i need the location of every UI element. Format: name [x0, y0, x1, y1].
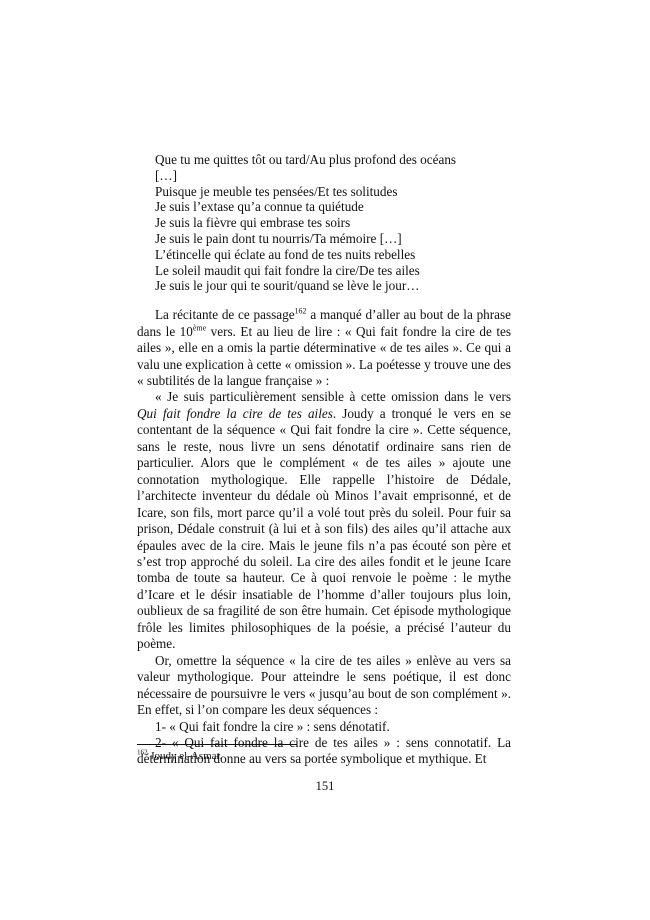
paragraph-quote-poetess: « Je suis particulièrement sensible à ce… — [137, 389, 511, 652]
poem-excerpt: Que tu me quittes tôt ou tard/Au plus pr… — [155, 152, 511, 294]
poem-line: Je suis la fièvre qui embrase tes soirs — [155, 215, 511, 231]
footnote-separator — [137, 744, 297, 745]
footnote: 162 Joudy el-Asmar. — [137, 749, 222, 763]
poem-line: Puisque je meuble tes pensées/Et tes sol… — [155, 184, 511, 200]
page-content: Que tu me quittes tôt ou tard/Au plus pr… — [137, 152, 511, 768]
poem-line: Je suis le jour qui te sourit/quand se l… — [155, 278, 511, 294]
footnote-number: 162 — [137, 748, 148, 756]
ordinal-superscript: ème — [193, 323, 206, 332]
body-text: La récitante de ce passage162 a manqué d… — [137, 307, 511, 768]
poem-line: Je suis l’extase qu’a connue ta quiétude — [155, 199, 511, 215]
poem-line: L’étincelle qui éclate au fond de tes nu… — [155, 247, 511, 263]
paragraph-recitante: La récitante de ce passage162 a manqué d… — [137, 307, 511, 389]
poem-line: Je suis le pain dont tu nourris/Ta mémoi… — [155, 231, 511, 247]
list-item-denotative: 1- « Qui fait fondre la cire » : sens dé… — [137, 719, 511, 735]
page-number: 151 — [0, 779, 650, 794]
text-run: La récitante de ce passage — [155, 307, 295, 322]
paragraph-omission: Or, omettre la séquence « la cire de tes… — [137, 653, 511, 719]
poem-line: […] — [155, 168, 511, 184]
text-run: . Joudy a tronqué le vers en se contenta… — [137, 406, 511, 651]
footnote-reference[interactable]: 162 — [295, 307, 307, 316]
poem-line: Que tu me quittes tôt ou tard/Au plus pr… — [155, 152, 511, 168]
footnote-text: Joudy el-Asmar. — [148, 750, 223, 762]
italic-verse: Qui fait fondre la cire de tes ailes — [137, 406, 333, 421]
poem-line: Le soleil maudit qui fait fondre la cire… — [155, 263, 511, 279]
text-run: vers. Et au lieu de lire : « Qui fait fo… — [137, 324, 511, 388]
text-run: « Je suis particulièrement sensible à ce… — [155, 389, 511, 404]
